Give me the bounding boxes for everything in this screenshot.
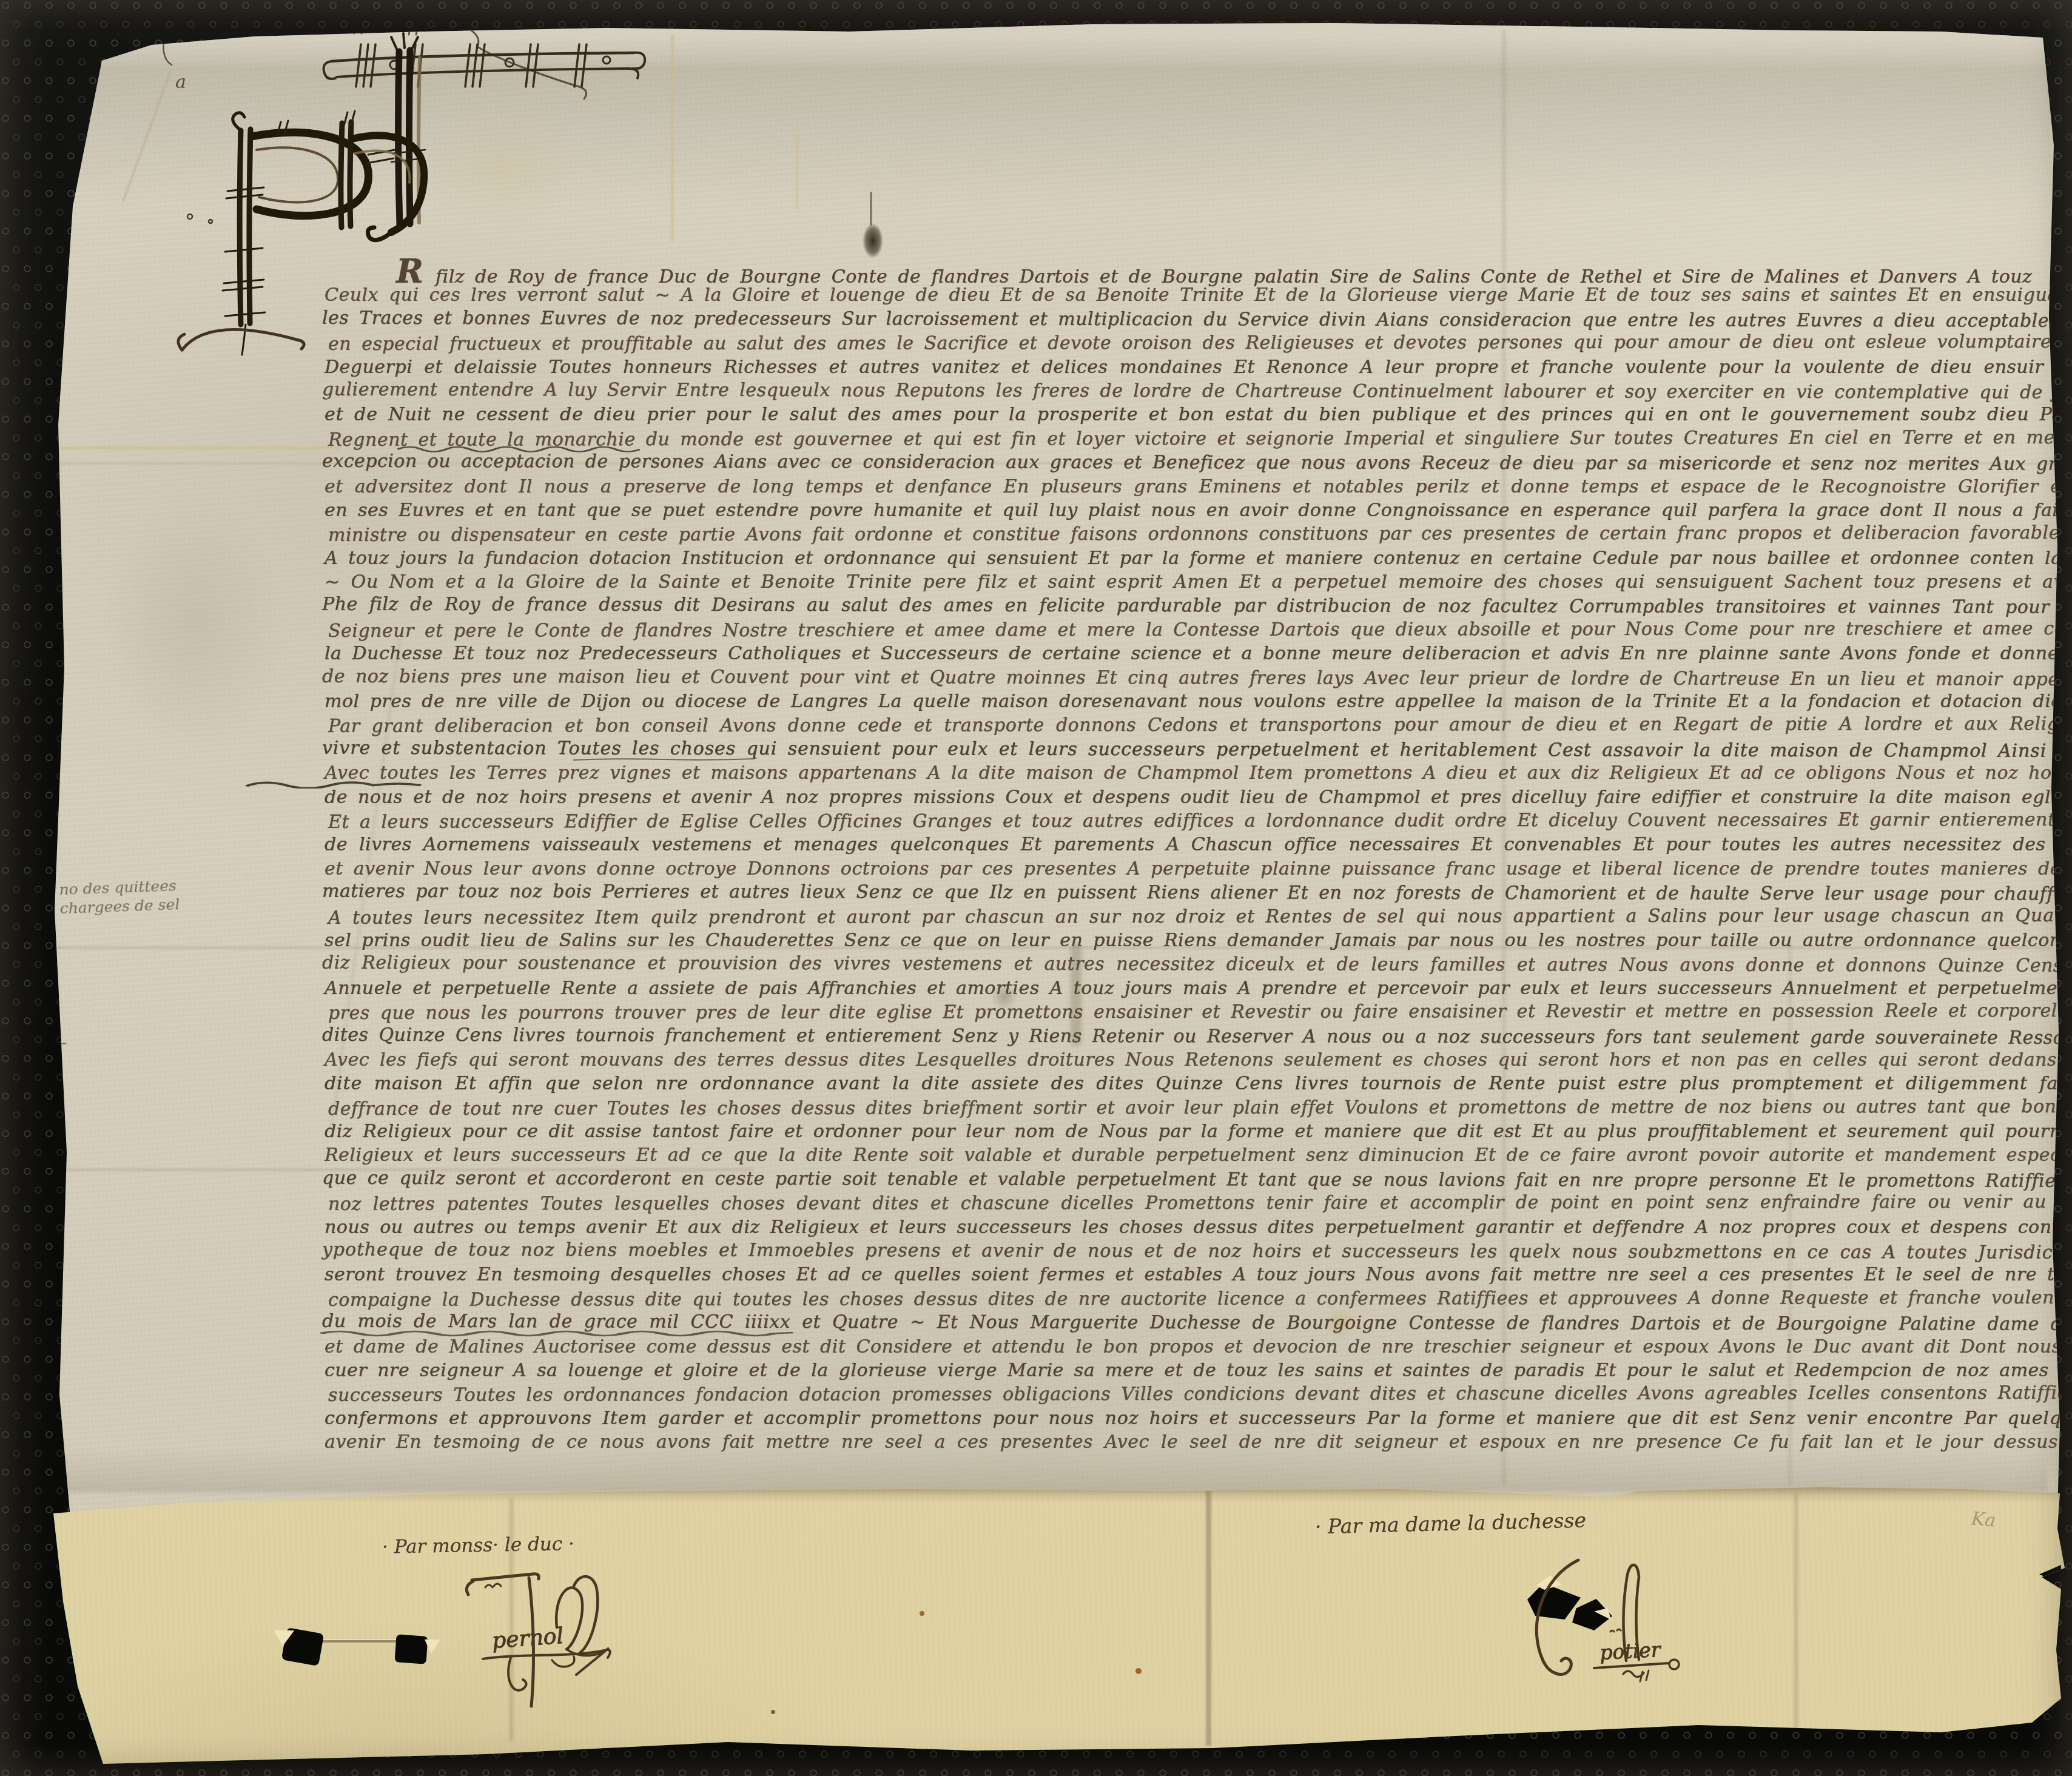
charter-line: et adversitez dont Il nous a preserve de… xyxy=(325,475,1938,499)
charter-line: nous ou autres ou temps avenir Et aux di… xyxy=(325,1216,1938,1239)
rust-spot xyxy=(771,1710,775,1714)
svg-text:a: a xyxy=(175,72,186,93)
crease xyxy=(56,446,341,449)
charter-line: matieres par touz noz bois Perrieres et … xyxy=(322,880,1936,906)
charter-line: A touz jours la fundacion dotacion Insti… xyxy=(325,547,1938,570)
rust-spot xyxy=(920,1611,924,1616)
underline-straight xyxy=(573,757,755,762)
crease xyxy=(1794,1493,1798,1736)
initial-crossbars xyxy=(324,44,645,87)
charter-line: dites Quinze Cens livres tournois franch… xyxy=(322,1023,1936,1049)
seal-slit-hole xyxy=(394,1634,428,1664)
charter-line: Annuele et perpetuelle Rente a assiete d… xyxy=(325,977,1938,1000)
underline-swash xyxy=(243,779,425,789)
charter-line: les Traces et bonnes Euvres de noz prede… xyxy=(322,306,1936,332)
pen-dot xyxy=(209,220,212,223)
charter-line: que ce quilz seront et accorderont en ce… xyxy=(322,1166,1936,1193)
charter-line: Avec toutes les Terres prez vignes et ma… xyxy=(325,761,1938,785)
ink-blot xyxy=(863,223,883,258)
pen-dot xyxy=(187,214,192,219)
svg-text:potier: potier xyxy=(1599,1638,1662,1664)
charter-line: de noz biens pres une maison lieu et Cou… xyxy=(322,664,1936,691)
stain xyxy=(58,1450,2047,1492)
charter-line: successeurs Toutes les ordonnances fonda… xyxy=(328,1381,1942,1407)
charter-line: Seigneur et pere le Conte de flandres No… xyxy=(328,617,1942,643)
charter-line: excepcion ou acceptacion de persones Aia… xyxy=(322,449,1936,476)
charter-line: la Duchesse Et touz noz Predecesseurs Ca… xyxy=(325,642,1938,665)
charter-line: noz lettres patentes Toutes lesquelles c… xyxy=(328,1190,1942,1216)
charter-line: Deguerpi et delaissie Toutes honneurs Ri… xyxy=(325,355,1938,379)
charter-line: sel prins oudit lieu de Salins sur les C… xyxy=(325,929,1938,952)
edge-notch xyxy=(2039,1565,2061,1583)
charter-line: et de Nuit ne cessent de dieu prier pour… xyxy=(325,403,1938,426)
charter-line: cuer nre seigneur A sa louenge et gloire… xyxy=(325,1359,1938,1382)
endorsement-right-note: · Par ma dame la duchesse xyxy=(1315,1509,1587,1539)
archival-mark: Ka xyxy=(1971,1508,1997,1531)
charter-line: ypotheque de touz noz biens moebles et I… xyxy=(322,1238,1936,1265)
charter-line: diz Religieux pour ce dit assise tantost… xyxy=(325,1120,1938,1143)
charter-line: Religieux et leurs successeurs Et ad ce … xyxy=(325,1143,1938,1167)
charter-line: Par grant deliberacion et bon conseil Av… xyxy=(328,713,1942,739)
charter-line: en ses Euvres et en tant que se puet est… xyxy=(325,499,1938,522)
charter-line: confermons et approuvons Item garder et … xyxy=(325,1407,1938,1430)
charter-line: et avenir Nous leur avons donne octroye … xyxy=(325,857,1938,881)
charter-line: Et a leurs successeurs Ediffier de Eglis… xyxy=(328,808,1942,834)
signature-potier: potier xyxy=(1486,1541,1710,1717)
charter-line: mol pres de nre ville de Dijon ou dioces… xyxy=(325,690,1938,713)
ink-drip xyxy=(870,192,872,226)
charter-line: compaigne la Duchesse dessus dite qui to… xyxy=(328,1286,1942,1312)
charter-line: et dame de Malines Auctorisee come dessu… xyxy=(325,1335,1938,1359)
photograph-of-charter: { "document": { "initial_letters": "Ph",… xyxy=(0,0,2072,1776)
underline-date-wavy xyxy=(320,1328,793,1337)
crease xyxy=(671,35,674,241)
charter-line: diz Religieux pour soustenance et prouvi… xyxy=(322,951,1936,978)
charter-line: dite maison Et affin que selon nre ordon… xyxy=(325,1072,1938,1095)
charter-line: pres que nous les pourrons trouver pres … xyxy=(328,999,1942,1025)
charter-line: Ceulx qui ces lres verront salut ~ A la … xyxy=(325,283,1938,307)
charter-line: R filz de Roy de france Duc de Bourgne C… xyxy=(396,260,1938,283)
charter-line: de nous et de noz hoirs presens et aveni… xyxy=(325,785,1938,809)
crease xyxy=(1206,1491,1211,1746)
signature-pernol: pernol xyxy=(461,1556,649,1720)
charter-line: gulierement entendre A luy Servir Entre … xyxy=(322,378,1936,405)
charter-line: avenir En tesmoing de ce nous avons fait… xyxy=(325,1430,1938,1454)
svg-text:pernol: pernol xyxy=(491,1624,565,1653)
charter-line: A toutes leurs necessitez Item quilz pre… xyxy=(328,904,1942,930)
crease xyxy=(796,136,798,209)
charter-line: deffrance de tout nre cuer Toutes les ch… xyxy=(328,1095,1942,1121)
charter-line: Avec les fiefs qui seront mouvans des te… xyxy=(325,1048,1938,1072)
endorsement-left-note: · Par monss· le duc · xyxy=(382,1533,574,1558)
charter-line: de livres Aornemens vaisseaulx vestemens… xyxy=(325,833,1938,856)
charter-line: Phe filz de Roy de france dessus dit Des… xyxy=(322,593,1936,619)
underline-wavy xyxy=(397,445,640,452)
charter-line: ministre ou dispensateur en ceste partie… xyxy=(328,521,1942,547)
rust-spot xyxy=(1135,1668,1142,1674)
charter-line: seront trouvez En tesmoing desquelles ch… xyxy=(325,1263,1938,1287)
charter-line: vivre et substentacion Toutes les choses… xyxy=(322,736,1936,762)
charter-line: ~ Ou Nom et a la Gloire de la Sainte et … xyxy=(325,570,1938,594)
margin-cross-mark: + xyxy=(52,1031,69,1054)
charter-line: en especial fructueux et prouffitable au… xyxy=(328,330,1942,356)
water-stain xyxy=(103,497,285,752)
charter-text-block: R filz de Roy de france Duc de Bourgne C… xyxy=(325,260,1938,1455)
